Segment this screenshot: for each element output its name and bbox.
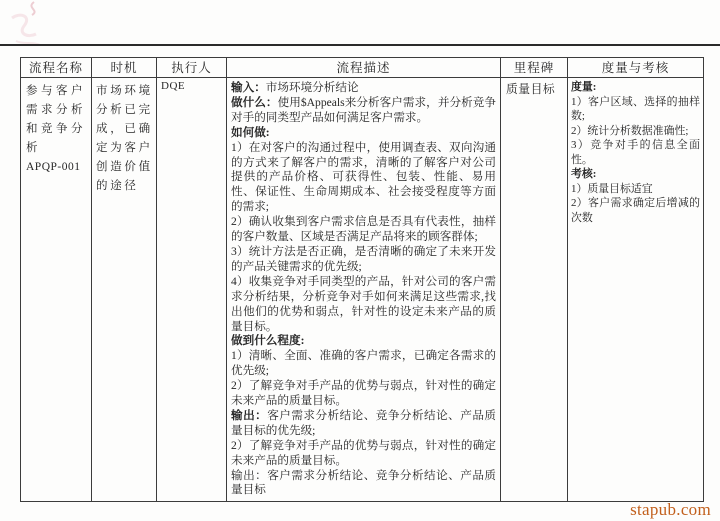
description-paragraph: 输入：市场环境分析结论 <box>231 81 496 96</box>
cell-process-name: 参与客户需求分析和竞争分析 APQP-001 <box>21 78 92 502</box>
metrics-line: 2）统计分析数据准确性; <box>571 124 700 139</box>
table-row: 参与客户需求分析和竞争分析 APQP-001 市场环境分析已完成，已确定为客户创… <box>21 78 704 502</box>
description-paragraph: 输出：客户需求分析结论、竞争分析结论、产品质量目标的优先级; <box>231 409 496 439</box>
metrics-line: 1）客户区域、选择的抽样数; <box>571 95 700 124</box>
page-separator-line <box>0 44 720 46</box>
header-milestone: 里程碑 <box>501 58 568 78</box>
process-table: 流程名称 时机 执行人 流程描述 里程碑 度量与考核 参与客户需求分析和竞争分析… <box>20 57 704 502</box>
description-paragraph: 输出：客户需求分析结论、竞争分析结论、产品质量目标 <box>231 469 496 499</box>
metrics-line: 2）客户需求确定后增减的次数 <box>571 196 700 225</box>
header-description: 流程描述 <box>227 58 501 78</box>
metrics-line: 度量: <box>571 80 700 95</box>
cell-milestone: 质量目标 <box>501 78 568 502</box>
cell-executor: DQE <box>157 78 227 502</box>
table-header-row: 流程名称 时机 执行人 流程描述 里程碑 度量与考核 <box>21 58 704 78</box>
description-paragraph: 1）清晰、全面、准确的客户需求，已确定各需求的优先级; <box>231 349 496 379</box>
cell-description: 输入：市场环境分析结论做什么：使用$Appeals来分析客户需求，并分析竞争对手… <box>227 78 501 502</box>
metrics-line: 3）竞争对手的信息全面性。 <box>571 138 700 167</box>
header-executor: 执行人 <box>157 58 227 78</box>
description-paragraph: 2）确认收集到客户需求信息是否具有代表性，抽样的客户数量、区域是否满足产品将来的… <box>231 215 496 245</box>
description-paragraph: 3）统计方法是否正确，是否清晰的确定了未来开发的产品关键需求的优先级; <box>231 245 496 275</box>
process-code-text: APQP-001 <box>26 158 87 177</box>
description-paragraph: 2）了解竞争对手产品的优势与弱点，针对性的确定未来产品的质量目标。 <box>231 439 496 469</box>
site-watermark: stapub.com <box>630 500 711 520</box>
description-paragraph: 4）收集竞争对手同类型的产品，针对公司的客户需求分析结果，分析竞争对手如何来满足… <box>231 275 496 335</box>
header-metrics: 度量与考核 <box>568 58 704 78</box>
description-paragraph: 做什么：使用$Appeals来分析客户需求，并分析竞争对手的同类型产品如何满足客… <box>231 96 496 126</box>
metrics-line: 考核: <box>571 167 700 182</box>
metrics-line: 1）质量目标适宜 <box>571 182 700 197</box>
header-process-name: 流程名称 <box>21 58 92 78</box>
cell-timing: 市场环境分析已完成，已确定为客户创造价值的途径 <box>92 78 157 502</box>
header-timing: 时机 <box>92 58 157 78</box>
process-name-text: 参与客户需求分析和竞争分析 <box>26 82 87 158</box>
description-paragraph: 2）了解竞争对手产品的优势与弱点，针对性的确定未来产品的质量目标。 <box>231 379 496 409</box>
description-paragraph: 做到什么程度: <box>231 334 496 349</box>
description-paragraph: 1）在对客户的沟通过程中，使用调查表、双向沟通的方式来了解客户的需求，清晰的了解… <box>231 141 496 216</box>
cell-metrics: 度量:1）客户区域、选择的抽样数;2）统计分析数据准确性;3）竞争对手的信息全面… <box>568 78 704 502</box>
description-paragraph: 如何做: <box>231 126 496 141</box>
